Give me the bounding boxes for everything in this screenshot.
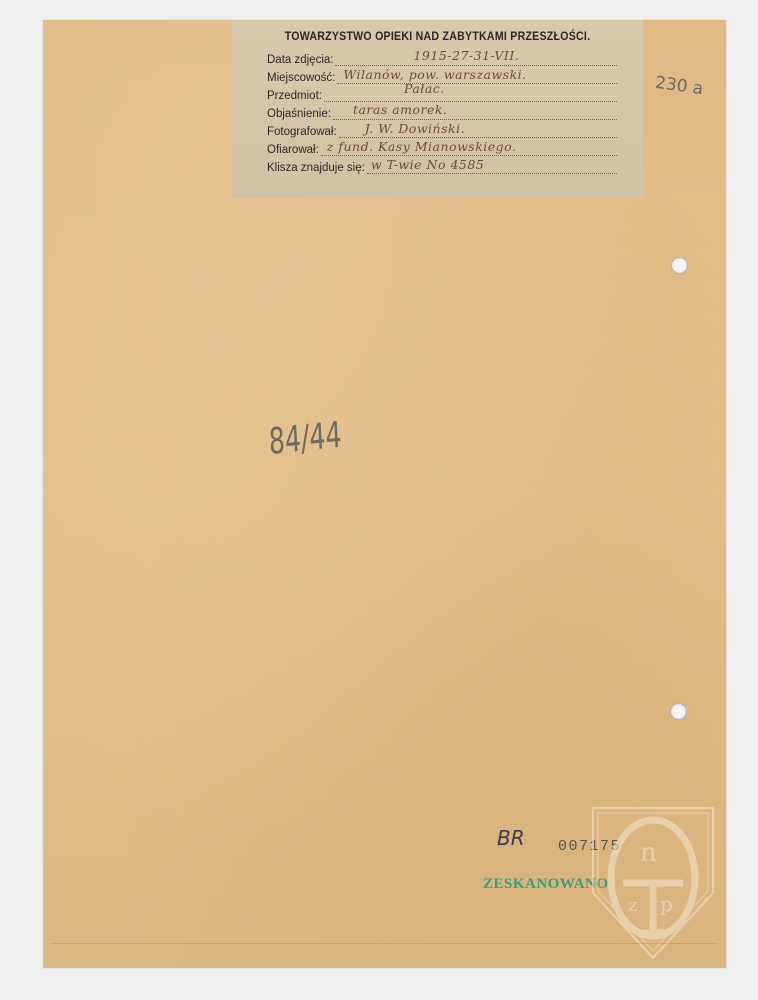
field-line: w T-wie No 4585	[367, 159, 617, 174]
svg-text:n: n	[640, 838, 657, 868]
punch-hole-top	[671, 257, 688, 274]
field-negative-location: Klisza znajduje się: w T-wie No 4585	[267, 156, 617, 174]
field-line: 1915-27-31-VII.	[335, 51, 617, 66]
field-value: J. W. Dowiński.	[365, 121, 465, 136]
field-line: taras amorek.	[333, 105, 617, 120]
punch-hole-bottom	[670, 703, 687, 720]
field-label: Data zdjęcia:	[267, 54, 335, 66]
field-label: Objaśnienie:	[267, 108, 333, 120]
field-label: Przedmiot:	[267, 90, 324, 102]
field-line: Wilanów, pow. warszawski.	[337, 69, 617, 84]
field-line: z fund. Kasy Mianowskiego.	[321, 141, 617, 156]
archival-sheet: TOWARZYSTWO OPIEKI NAD ZABYTKAMI PRZESZŁ…	[43, 20, 726, 968]
inventory-number: 84/44	[268, 415, 342, 463]
field-value: w T-wie No 4585	[371, 157, 484, 172]
field-value: Wilanów, pow. warszawski.	[343, 67, 526, 82]
monogram-watermark-icon: n z p	[588, 803, 718, 963]
field-donor: Ofiarował: z fund. Kasy Mianowskiego.	[267, 138, 617, 156]
field-photo-date: Data zdjęcia: 1915-27-31-VII.	[267, 48, 617, 66]
field-value: taras amorek.	[353, 102, 448, 117]
field-label: Miejscowość:	[267, 72, 337, 84]
field-label: Fotografował:	[267, 126, 339, 138]
field-description: Objaśnienie: taras amorek.	[267, 102, 617, 120]
field-value: Pałac.	[404, 81, 445, 96]
field-subject: Przedmiot: Pałac.	[267, 84, 617, 102]
corner-note: 230 a	[654, 73, 705, 100]
field-line: Pałac.	[324, 87, 617, 102]
field-label: Klisza znajduje się:	[267, 162, 367, 174]
photo-label-card: TOWARZYSTWO OPIEKI NAD ZABYTKAMI PRZESZŁ…	[232, 20, 643, 198]
field-line: J. W. Dowiński.	[339, 123, 617, 138]
field-value: 1915-27-31-VII.	[413, 48, 519, 63]
field-label: Ofiarował:	[267, 144, 321, 156]
svg-text:z: z	[628, 895, 637, 916]
field-photographer: Fotografował: J. W. Dowiński.	[267, 120, 617, 138]
registry-prefix: BR	[497, 826, 525, 850]
card-title: TOWARZYSTWO OPIEKI NAD ZABYTKAMI PRZESZŁ…	[257, 29, 619, 43]
svg-text:p: p	[660, 892, 673, 916]
field-value: z fund. Kasy Mianowskiego.	[327, 139, 517, 154]
